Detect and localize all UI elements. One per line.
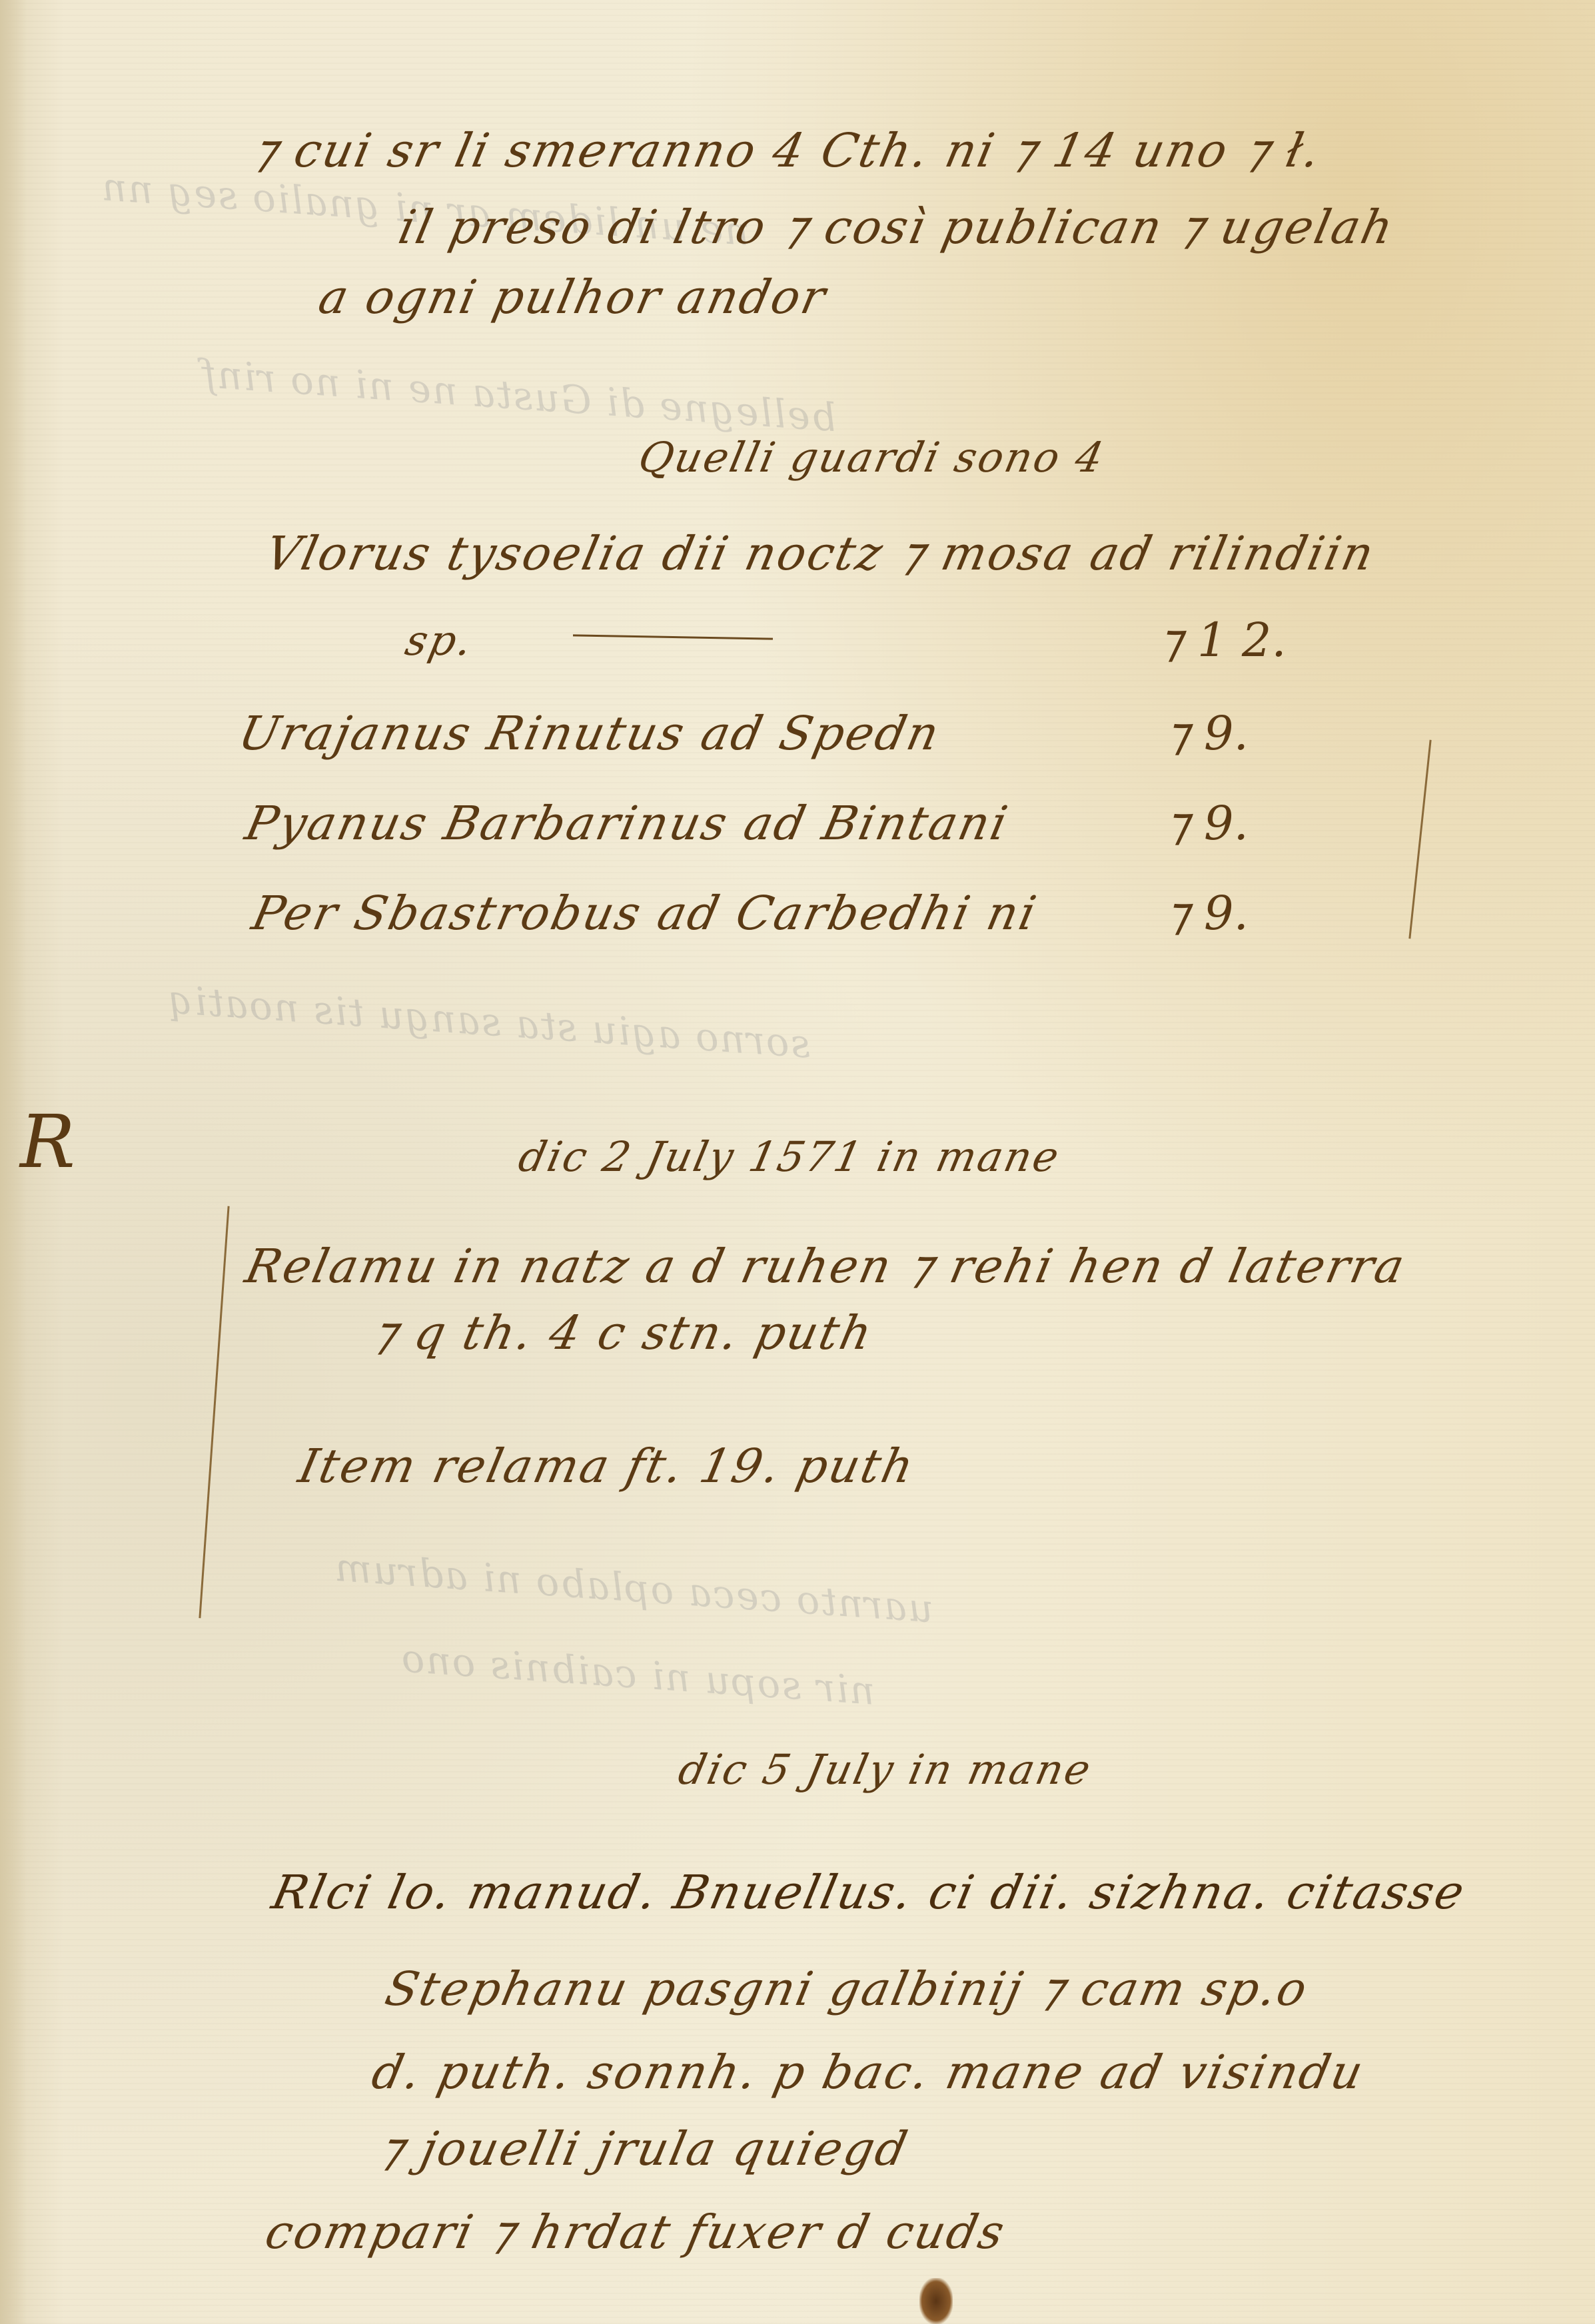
entry-3-line-4: ⁊ jouelli jrula quiegd xyxy=(374,2122,913,2176)
entry-3-line-3: d. puth. sonnh. p bac. mane ad visindu xyxy=(367,2045,1369,2100)
date-heading-2: dic 5 July in mane xyxy=(674,1745,1097,1794)
guards-heading: Quelli guardi sono 4 xyxy=(634,433,1109,482)
guard-entry-2: Urajanus Rinutus ad Spedn xyxy=(234,706,945,761)
guard-amount-2: ⁊ 9. xyxy=(1166,706,1249,761)
guard-amount-4: ⁊ 9. xyxy=(1166,886,1249,941)
guard-amount-1: ⁊ 1 2. xyxy=(1159,613,1287,667)
ink-stain xyxy=(919,2278,953,2324)
guard-entry-4: Per Sbastrobus ad Carbedhi ni xyxy=(247,886,1043,941)
opening-line-3: a ogni pulhor andor xyxy=(314,270,832,324)
guard-entry-3: Pyanus Barbarinus ad Bintani xyxy=(241,796,1014,851)
entry-3-line-5: compari ⁊ hrdat fuxer d cuds xyxy=(261,2205,1011,2259)
guard-entry-1: Vlorus tysoelia dii noctz ⁊ mosa ad rili… xyxy=(261,526,1380,581)
guard-entry-1-sp: sp. xyxy=(401,616,478,665)
opening-line-1: ⁊ cui sr li smeranno 4 Cth. ni ⁊ 14 uno … xyxy=(247,123,1327,178)
margin-mark: R xyxy=(20,1099,75,1184)
opening-line-2: il preso di ltro ⁊ così publican ⁊ ugela… xyxy=(394,200,1400,254)
entry-2-line-3: Item relama ft. 19. puth xyxy=(294,1439,920,1493)
guard-amount-3: ⁊ 9. xyxy=(1166,796,1249,851)
entry-3-line-1: Rlci lo. manud. Bnuellus. ci dii. sizhna… xyxy=(267,1865,1470,1920)
entry-2-line-2: ⁊ q th. 4 c stn. puth xyxy=(367,1306,878,1360)
date-heading-1: dic 2 July 1571 in mane xyxy=(514,1132,1065,1181)
entry-2-line-1: Relamu in natz a d ruhen ⁊ rehi hen d la… xyxy=(241,1239,1411,1294)
entry-3-line-2: Stephanu pasgni galbinij ⁊ cam sp.o xyxy=(380,1962,1313,2016)
